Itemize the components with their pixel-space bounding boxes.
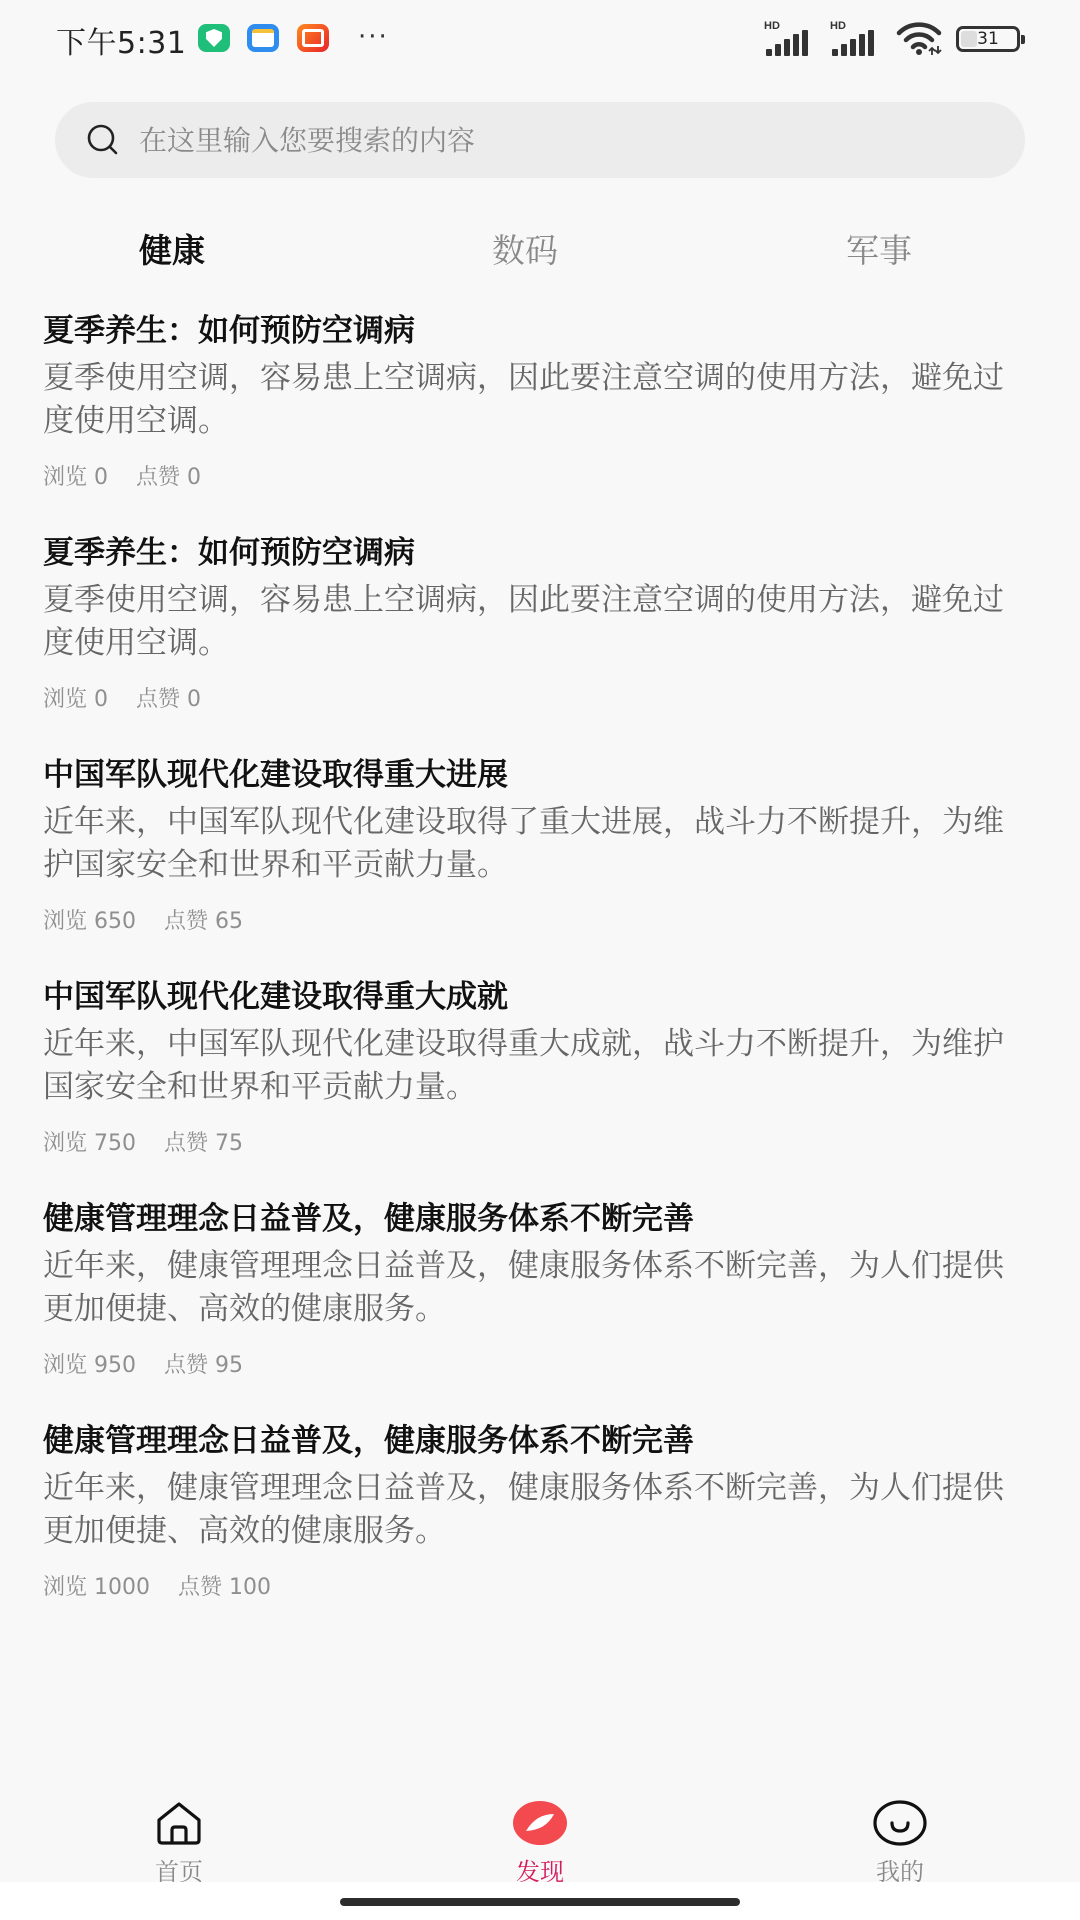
shield-app-icon	[198, 24, 230, 52]
article-title: 健康管理理念日益普及，健康服务体系不断完善	[43, 1193, 694, 1238]
nav-discover[interactable]: 发现	[460, 1800, 620, 1882]
video-app-icon	[297, 24, 329, 52]
article-title: 中国军队现代化建设取得重大成就	[43, 971, 508, 1016]
article-item[interactable]: 中国军队现代化建设取得重大成就 近年来，中国军队现代化建设取得重大成就，战斗力不…	[43, 966, 1043, 1188]
like-count: 点赞 95	[164, 1348, 243, 1379]
article-summary: 近年来，健康管理理念日益普及，健康服务体系不断完善，为人们提供更加便捷、高效的健…	[43, 1467, 1023, 1553]
like-count: 点赞 0	[136, 682, 201, 713]
article-stats: 浏览 0 点赞 0	[43, 682, 201, 713]
article-item[interactable]: 夏季养生：如何预防空调病 夏季使用空调，容易患上空调病，因此要注意空调的使用方法…	[43, 300, 1043, 522]
discover-icon	[512, 1800, 568, 1846]
article-item[interactable]: 中国军队现代化建设取得重大进展 近年来，中国军队现代化建设取得了重大进展，战斗力…	[43, 744, 1043, 966]
screen: 下午5:31 ··· HD HD	[0, 0, 1080, 1920]
smiley-face-icon	[872, 1800, 928, 1846]
home-icon	[151, 1800, 207, 1846]
like-count: 点赞 65	[164, 904, 243, 935]
article-stats: 浏览 1000 点赞 100	[43, 1570, 271, 1601]
status-indicators: HD HD	[764, 22, 1020, 56]
like-count: 点赞 75	[164, 1126, 243, 1157]
search-icon	[85, 122, 121, 158]
article-title: 夏季养生：如何预防空调病	[43, 527, 415, 572]
battery-icon: 31	[956, 26, 1020, 52]
view-count: 浏览 0	[43, 460, 108, 491]
view-count: 浏览 1000	[43, 1570, 150, 1601]
search-bar[interactable]	[55, 102, 1025, 178]
article-title: 中国军队现代化建设取得重大进展	[43, 749, 508, 794]
status-time: 下午5:31	[56, 18, 186, 62]
article-item[interactable]: 健康管理理念日益普及，健康服务体系不断完善 近年来，健康管理理念日益普及，健康服…	[43, 1188, 1043, 1410]
article-stats: 浏览 0 点赞 0	[43, 460, 201, 491]
article-title: 夏季养生：如何预防空调病	[43, 305, 415, 350]
view-count: 浏览 650	[43, 904, 136, 935]
view-count: 浏览 0	[43, 682, 108, 713]
wifi-icon	[896, 22, 942, 56]
wallet-app-icon	[247, 24, 279, 52]
nav-mine[interactable]: 我的	[820, 1800, 980, 1882]
article-stats: 浏览 950 点赞 95	[43, 1348, 243, 1379]
tab-health[interactable]: 健康	[139, 225, 205, 272]
article-summary: 近年来，健康管理理念日益普及，健康服务体系不断完善，为人们提供更加便捷、高效的健…	[43, 1245, 1023, 1331]
article-summary: 夏季使用空调，容易患上空调病，因此要注意空调的使用方法，避免过度使用空调。	[43, 579, 1023, 665]
article-item[interactable]: 夏季养生：如何预防空调病 夏季使用空调，容易患上空调病，因此要注意空调的使用方法…	[43, 522, 1043, 744]
category-tabs: 健康 数码 军事	[0, 215, 1080, 285]
like-count: 点赞 100	[178, 1570, 271, 1601]
search-input[interactable]	[139, 124, 999, 157]
article-stats: 浏览 650 点赞 65	[43, 904, 243, 935]
article-stats: 浏览 750 点赞 75	[43, 1126, 243, 1157]
view-count: 浏览 750	[43, 1126, 136, 1157]
article-summary: 近年来，中国军队现代化建设取得重大成就，战斗力不断提升，为维护国家安全和世界和平…	[43, 1023, 1023, 1109]
bottom-navigation: 首页 发现 我的	[0, 1780, 1080, 1882]
cellular-signal-icon: HD	[764, 22, 816, 56]
view-count: 浏览 950	[43, 1348, 136, 1379]
article-summary: 近年来，中国军队现代化建设取得了重大进展，战斗力不断提升，为维护国家安全和世界和…	[43, 801, 1023, 887]
cellular-signal-icon-2: HD	[830, 22, 882, 56]
article-summary: 夏季使用空调，容易患上空调病，因此要注意空调的使用方法，避免过度使用空调。	[43, 357, 1023, 443]
home-indicator[interactable]	[340, 1898, 740, 1906]
article-list: 夏季养生：如何预防空调病 夏季使用空调，容易患上空调病，因此要注意空调的使用方法…	[43, 300, 1043, 1632]
more-notifications-icon: ···	[358, 22, 389, 52]
like-count: 点赞 0	[136, 460, 201, 491]
article-item[interactable]: 健康管理理念日益普及，健康服务体系不断完善 近年来，健康管理理念日益普及，健康服…	[43, 1410, 1043, 1632]
battery-level: 31	[977, 29, 999, 49]
article-title: 健康管理理念日益普及，健康服务体系不断完善	[43, 1415, 694, 1460]
tab-military[interactable]: 军事	[846, 225, 912, 272]
tab-digital[interactable]: 数码	[492, 225, 558, 272]
status-bar: 下午5:31 ··· HD HD	[0, 0, 1080, 80]
nav-home[interactable]: 首页	[99, 1800, 259, 1882]
